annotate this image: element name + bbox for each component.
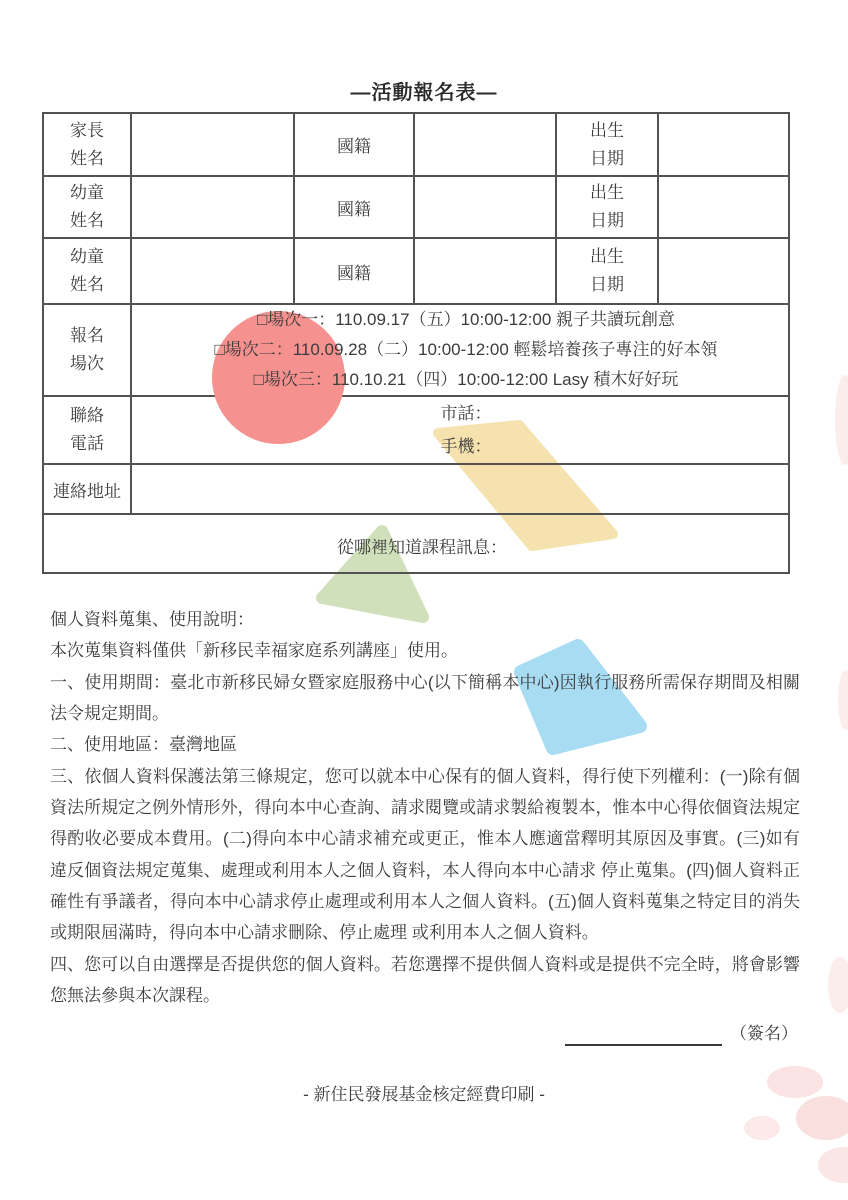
footer-note: - 新住民發展基金核定經費印刷 -	[0, 1084, 848, 1106]
form-title: —活動報名表—	[0, 76, 848, 105]
phone-label-cell: 聯絡電話	[43, 396, 131, 464]
child1-nationality-field	[414, 176, 556, 238]
phone-label-line1: 聯絡	[70, 406, 104, 425]
parent-nationality-label-cell: 國籍	[294, 113, 414, 176]
parent-birth-field	[658, 113, 789, 176]
privacy-notice: 個人資料蒐集、使用說明： 本次蒐集資料僅供「新移民幸福家庭系列講座」使用。 一、…	[50, 604, 800, 1011]
child2-label-line2: 姓名	[70, 275, 104, 294]
parent-nationality-field	[414, 113, 556, 176]
phone-fields-cell: 市話： 手機：	[131, 396, 789, 464]
child1-nationality-label-cell: 國籍	[294, 176, 414, 238]
session-options-cell: □場次一：110.09.17（五）10:00-12:00 親子共讀玩創意 □場次…	[131, 304, 789, 396]
address-field	[131, 464, 789, 514]
signature-label: （簽名）	[730, 1022, 798, 1046]
privacy-heading: 個人資料蒐集、使用說明：	[50, 604, 800, 635]
info-source-cell: 從哪裡知道課程訊息：	[43, 514, 789, 573]
child2-label-line1: 幼童	[70, 247, 104, 266]
child1-birth-label-line2: 日期	[590, 211, 624, 230]
parent-name-field	[131, 113, 294, 176]
privacy-paragraph-1: 本次蒐集資料僅供「新移民幸福家庭系列講座」使用。	[50, 635, 800, 666]
child2-birth-label-line2: 日期	[590, 275, 624, 294]
info-source-row: 從哪裡知道課程訊息：	[43, 514, 789, 573]
landline-field-label: 市話：	[144, 397, 788, 430]
privacy-paragraph-3: 二、使用地區：臺灣地區	[50, 729, 800, 760]
child2-birth-label-cell: 出生日期	[556, 238, 658, 304]
child2-name-label-cell: 幼童姓名	[43, 238, 131, 304]
child2-nationality-field	[414, 238, 556, 304]
phone-label-line2: 電話	[70, 434, 104, 453]
child2-birth-field	[658, 238, 789, 304]
registration-table: 家長姓名 國籍 出生日期 幼童姓名 國籍 出生日期 幼童姓名	[42, 112, 790, 574]
phone-row: 聯絡電話 市話： 手機：	[43, 396, 789, 464]
child1-birth-label-line1: 出生	[590, 183, 624, 202]
session-option-1: □場次一：110.09.17（五）10:00-12:00 親子共讀玩創意	[144, 305, 788, 335]
child-row-2: 幼童姓名 國籍 出生日期	[43, 238, 789, 304]
session-option-2: □場次二：110.09.28（二）10:00-12:00 輕鬆培養孩子專注的好本…	[144, 335, 788, 365]
session-label-line2: 場次	[70, 354, 104, 373]
privacy-paragraph-4: 三、依個人資料保護法第三條規定，您可以就本中心保有的個人資料，得行使下列權利：(…	[50, 761, 800, 949]
parent-label-line1: 家長	[70, 121, 104, 140]
privacy-paragraph-5: 四、您可以自由選擇是否提供您的個人資料。若您選擇不提供個人資料或是提供不完全時，…	[50, 949, 800, 1012]
parent-birth-label-line2: 日期	[590, 149, 624, 168]
parent-birth-label-line1: 出生	[590, 121, 624, 140]
privacy-paragraph-2: 一、使用期間：臺北市新移民婦女暨家庭服務中心(以下簡稱本中心)因執行服務所需保存…	[50, 667, 800, 730]
child1-label-line1: 幼童	[70, 183, 104, 202]
child1-name-label-cell: 幼童姓名	[43, 176, 131, 238]
mobile-field-label: 手機：	[144, 430, 788, 463]
signature-area: （簽名）	[565, 1022, 798, 1046]
child1-label-line2: 姓名	[70, 211, 104, 230]
child2-nationality-label-cell: 國籍	[294, 238, 414, 304]
session-option-3: □場次三：110.10.21（四）10:00-12:00 Lasy 積木好好玩	[144, 365, 788, 395]
parent-label-line2: 姓名	[70, 149, 104, 168]
child1-birth-label-cell: 出生日期	[556, 176, 658, 238]
child2-birth-label-line1: 出生	[590, 247, 624, 266]
parent-birth-label-cell: 出生日期	[556, 113, 658, 176]
signature-line	[565, 1026, 722, 1046]
scanned-registration-form: { "page": { "title": "—活動報名表—", "footer"…	[0, 0, 848, 1200]
child1-birth-field	[658, 176, 789, 238]
parent-row: 家長姓名 國籍 出生日期	[43, 113, 789, 176]
address-label-cell: 連絡地址	[43, 464, 131, 514]
child-row-1: 幼童姓名 國籍 出生日期	[43, 176, 789, 238]
address-row: 連絡地址	[43, 464, 789, 514]
session-label-cell: 報名場次	[43, 304, 131, 396]
session-row: 報名場次 □場次一：110.09.17（五）10:00-12:00 親子共讀玩創…	[43, 304, 789, 396]
child1-name-field	[131, 176, 294, 238]
parent-name-label-cell: 家長姓名	[43, 113, 131, 176]
session-label-line1: 報名	[70, 326, 104, 345]
child2-name-field	[131, 238, 294, 304]
